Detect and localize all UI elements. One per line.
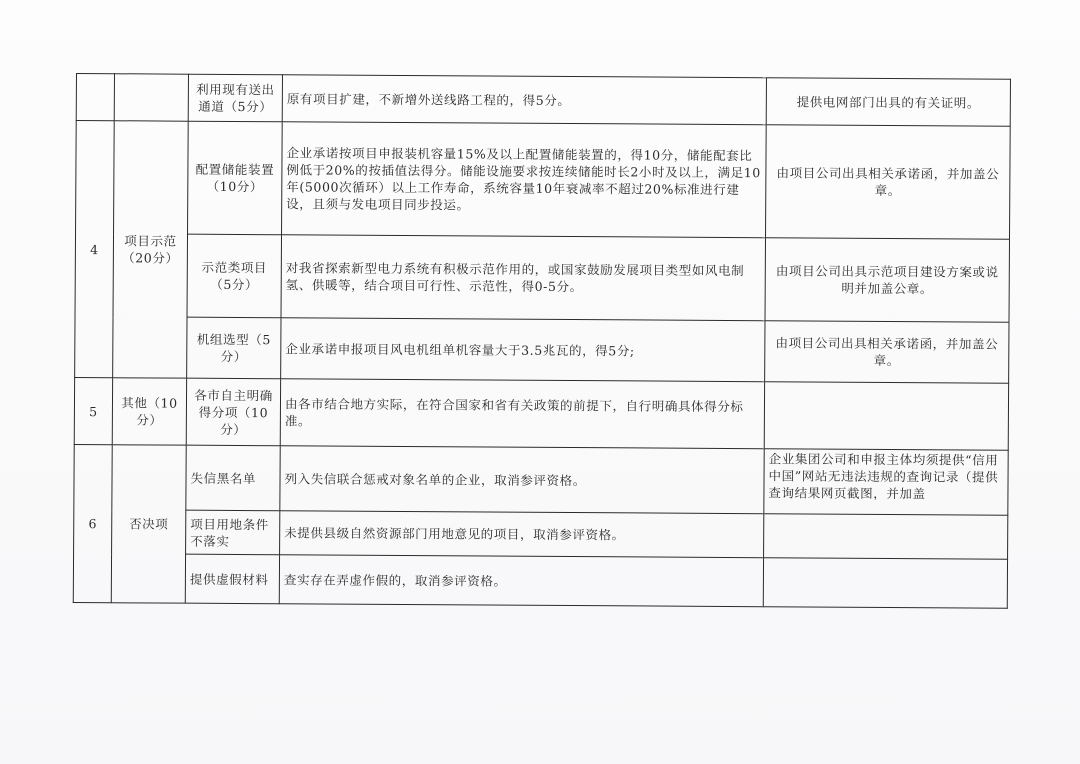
criteria-cell: 对我省探索新型电力系统有积极示范作用的，或国家鼓励发展项目类型如风电制氢、供暖等… <box>281 235 765 321</box>
table-row: 4 项目示范（20分） 配置储能装置（10分） 企业承诺按项目申报装机容量15%… <box>76 121 1011 240</box>
criteria-cell: 原有项目扩建，不新增外送线路工程的，得5分。 <box>282 75 766 125</box>
table-row: 机组选型（5分） 企业承诺申报项目风电机组单机容量大于3.5兆瓦的，得5分; 由… <box>75 316 1009 383</box>
materials-cell: 由项目公司出具相关承诺函，并加盖公章。 <box>766 125 1011 239</box>
table-row: 5 其他（10分） 各市自主明确得分项（10分） 由各市结合地方实际，在符合国家… <box>74 377 1008 450</box>
item-cell: 示范类项目（5分） <box>187 234 282 318</box>
item-cell: 失信黑名单 <box>186 445 280 511</box>
table-row: 项目用地条件不落实 未提供县级自然资源部门用地意见的项目，取消参评资格。 <box>74 509 1008 559</box>
criteria-cell: 由各市结合地方实际，在符合国家和省有关政策的前提下，自行明确具体得分标准。 <box>280 379 764 449</box>
table-row: 利用现有送出通道（5分） 原有项目扩建，不新增外送线路工程的，得5分。 提供电网… <box>76 74 1010 127</box>
item-cell: 各市自主明确得分项（10分） <box>186 378 280 446</box>
criteria-cell: 企业承诺申报项目风电机组单机容量大于3.5兆瓦的，得5分; <box>281 318 765 382</box>
criteria-cell: 未提供县级自然资源部门用地意见的项目，取消参评资格。 <box>280 511 764 558</box>
materials-cell: 提供电网部门出具的有关证明。 <box>766 78 1010 126</box>
table-row: 6 否决项 失信黑名单 列入失信联合惩戒对象名单的企业，取消参评资格。 企业集团… <box>74 444 1008 515</box>
materials-cell <box>764 514 1008 559</box>
category-cell: 其他（10分） <box>112 378 186 445</box>
category-cell: 项目示范（20分） <box>113 121 189 378</box>
row-number-cell: 5 <box>74 377 112 444</box>
category-cell <box>114 74 188 121</box>
item-cell: 提供虚假材料 <box>185 554 279 604</box>
materials-text: 企业集团公司和申报主体均须提供“信用中国”网站无违法违规的查询记录（提供查询结果… <box>768 450 1003 500</box>
materials-cell <box>764 382 1008 450</box>
table-row: 示范类项目（5分） 对我省探索新型电力系统有积极示范作用的，或国家鼓励发展项目类… <box>75 234 1009 323</box>
materials-cell: 企业集团公司和申报主体均须提供“信用中国”网站无违法违规的查询记录（提供查询结果… <box>764 449 1008 515</box>
table-row: 提供虚假材料 查实存在弄虚作假的，取消参评资格。 <box>73 553 1007 608</box>
item-cell: 机组选型（5分） <box>187 317 281 379</box>
materials-cell: 由项目公司出具相关承诺函，并加盖公章。 <box>765 321 1009 383</box>
criteria-cell: 企业承诺按项目申报装机容量15%及以上配置储能装置的，得10分，储能配套比例低于… <box>282 122 767 238</box>
item-cell: 利用现有送出通道（5分） <box>188 74 282 122</box>
materials-cell <box>763 558 1007 608</box>
row-number-cell: 4 <box>75 121 115 378</box>
item-cell: 项目用地条件不落实 <box>186 510 280 555</box>
materials-cell: 由项目公司出具示范项目建设方案或说明并加盖公章。 <box>765 238 1010 322</box>
category-cell: 否决项 <box>111 445 186 603</box>
item-cell: 配置储能装置（10分） <box>188 121 283 235</box>
row-number-cell <box>76 74 114 121</box>
criteria-cell: 列入失信联合惩戒对象名单的企业，取消参评资格。 <box>280 446 764 514</box>
row-number-cell: 6 <box>73 444 112 602</box>
criteria-cell: 查实存在弄虚作假的，取消参评资格。 <box>279 555 763 607</box>
scoring-criteria-table: 利用现有送出通道（5分） 原有项目扩建，不新增外送线路工程的，得5分。 提供电网… <box>73 73 1011 609</box>
